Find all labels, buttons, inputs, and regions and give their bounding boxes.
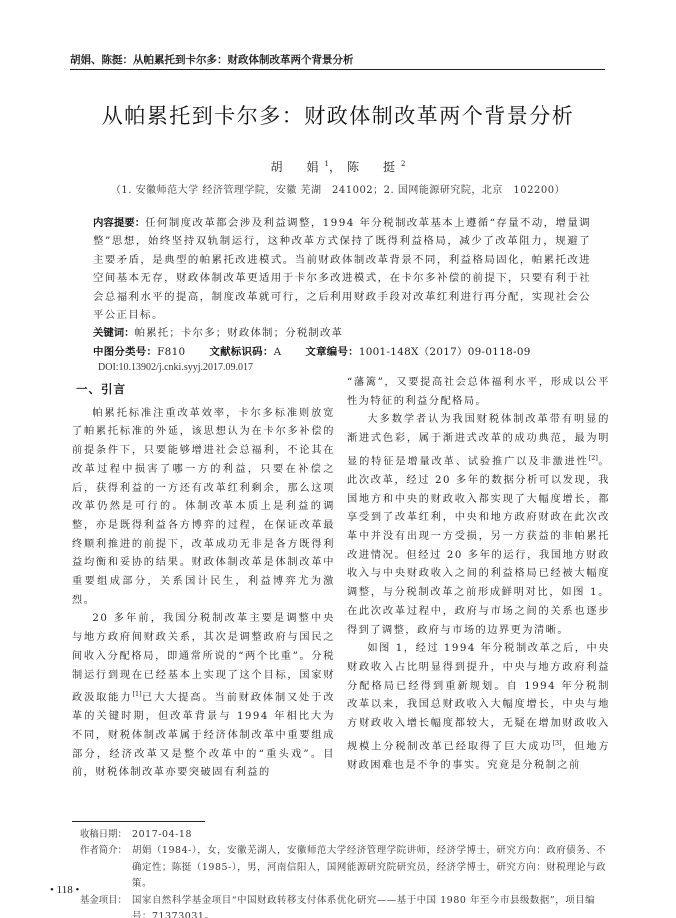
footnote-divider xyxy=(72,821,205,822)
classification-row: 中图分类号：F810文献标识码：A文章编号：1001-148X（2017）09-… xyxy=(93,343,531,358)
section-heading-introduction: 一、引言 xyxy=(76,380,335,399)
abstract-text: 任何制度改革都会涉及利益调整，1994 年分税制改革基本上遵循“存量不动，增量调… xyxy=(93,217,591,321)
clc-label: 中图分类号： xyxy=(93,346,157,358)
clc-value: F810 xyxy=(157,346,185,358)
body-column-right: “藩篱”，又要提高社会总体福利水平，形成以公平性为特征的利益分配格局。 大多数学… xyxy=(347,374,610,776)
author-separator: ， xyxy=(329,160,347,174)
footnote-funding: 基金项目：国家自然科学基金项目“中国财政转移支付体系优化研究——基于中国 198… xyxy=(80,893,610,918)
citation-ref: [2] xyxy=(589,454,598,462)
footnote-received-date: 收稿日期：2017-04-18 xyxy=(80,827,610,843)
paragraph-continued: “藩篱”，又要提高社会总体福利水平，形成以公平性为特征的利益分配格局。 xyxy=(347,374,610,411)
author-2-affil-mark: 2 xyxy=(401,160,405,168)
article-title: 从帕累托到卡尔多：财政体制改革两个背景分析 xyxy=(0,100,676,130)
footnote-author-bio: 作者简介：胡娟（1984-），女，安徽芜湖人，安徽师范大学经济管理学院讲师，经济… xyxy=(80,843,610,892)
paragraph: 帕累托标准注重改革效率，卡尔多标准则放宽了帕累托标准的外延，该思想认为在卡尔多补… xyxy=(72,405,335,611)
paragraph: 20 多年前，我国分税制改革主要是调整中央与地方政府间财政关系，其次是调整政府与… xyxy=(72,610,335,783)
doc-code-value: A xyxy=(274,346,282,358)
body-column-left: 一、引言 帕累托标准注重改革效率，卡尔多标准则放宽了帕累托标准的外延，该思想认为… xyxy=(72,374,335,783)
author-line: 胡 娟1，陈 挺2 xyxy=(0,158,676,175)
abstract: 内容提要：任何制度改革都会涉及利益调整，1994 年分税制改革基本上遵循“存量不… xyxy=(93,214,591,324)
citation-ref: [3] xyxy=(552,739,561,747)
article-no-value: 1001-148X（2017）09-0118-09 xyxy=(359,346,531,358)
keywords: 关键词：帕累托；卡尔多；财政体制；分税制改革 xyxy=(93,324,343,339)
article-no-label: 文章编号： xyxy=(305,346,358,358)
author-2-name: 陈 挺 xyxy=(347,160,401,174)
citation-ref: [1] xyxy=(132,690,141,698)
author-1-name: 胡 娟 xyxy=(271,160,325,174)
abstract-label: 内容提要： xyxy=(93,217,145,229)
affiliations: （1. 安徽师范大学 经济管理学院，安徽 芜湖 241002；2. 国网能源研究… xyxy=(0,181,676,196)
keywords-text: 帕累托；卡尔多；财政体制；分税制改革 xyxy=(135,327,344,339)
paragraph: 大多数学者认为我国财税体制改革带有明显的渐进式色彩，属于渐进式改革的成功典范，最… xyxy=(347,411,610,640)
footnotes: 收稿日期：2017-04-18 作者简介：胡娟（1984-），女，安徽芜湖人，安… xyxy=(80,827,610,918)
paragraph: 如图 1，经过 1994 年分税制改革之后，中央财政收入占比明显得到提升，中央与… xyxy=(347,640,610,775)
page-number: • 118 • xyxy=(50,884,79,896)
keywords-label: 关键词： xyxy=(93,327,135,339)
doc-code-label: 文献标识码： xyxy=(209,346,273,358)
running-head: 胡娟、陈挺：从帕累托到卡尔多：财政体制改革两个背景分析 xyxy=(70,52,605,70)
doi: DOI:10.13902/j.cnki.syyj.2017.09.017 xyxy=(98,362,253,373)
